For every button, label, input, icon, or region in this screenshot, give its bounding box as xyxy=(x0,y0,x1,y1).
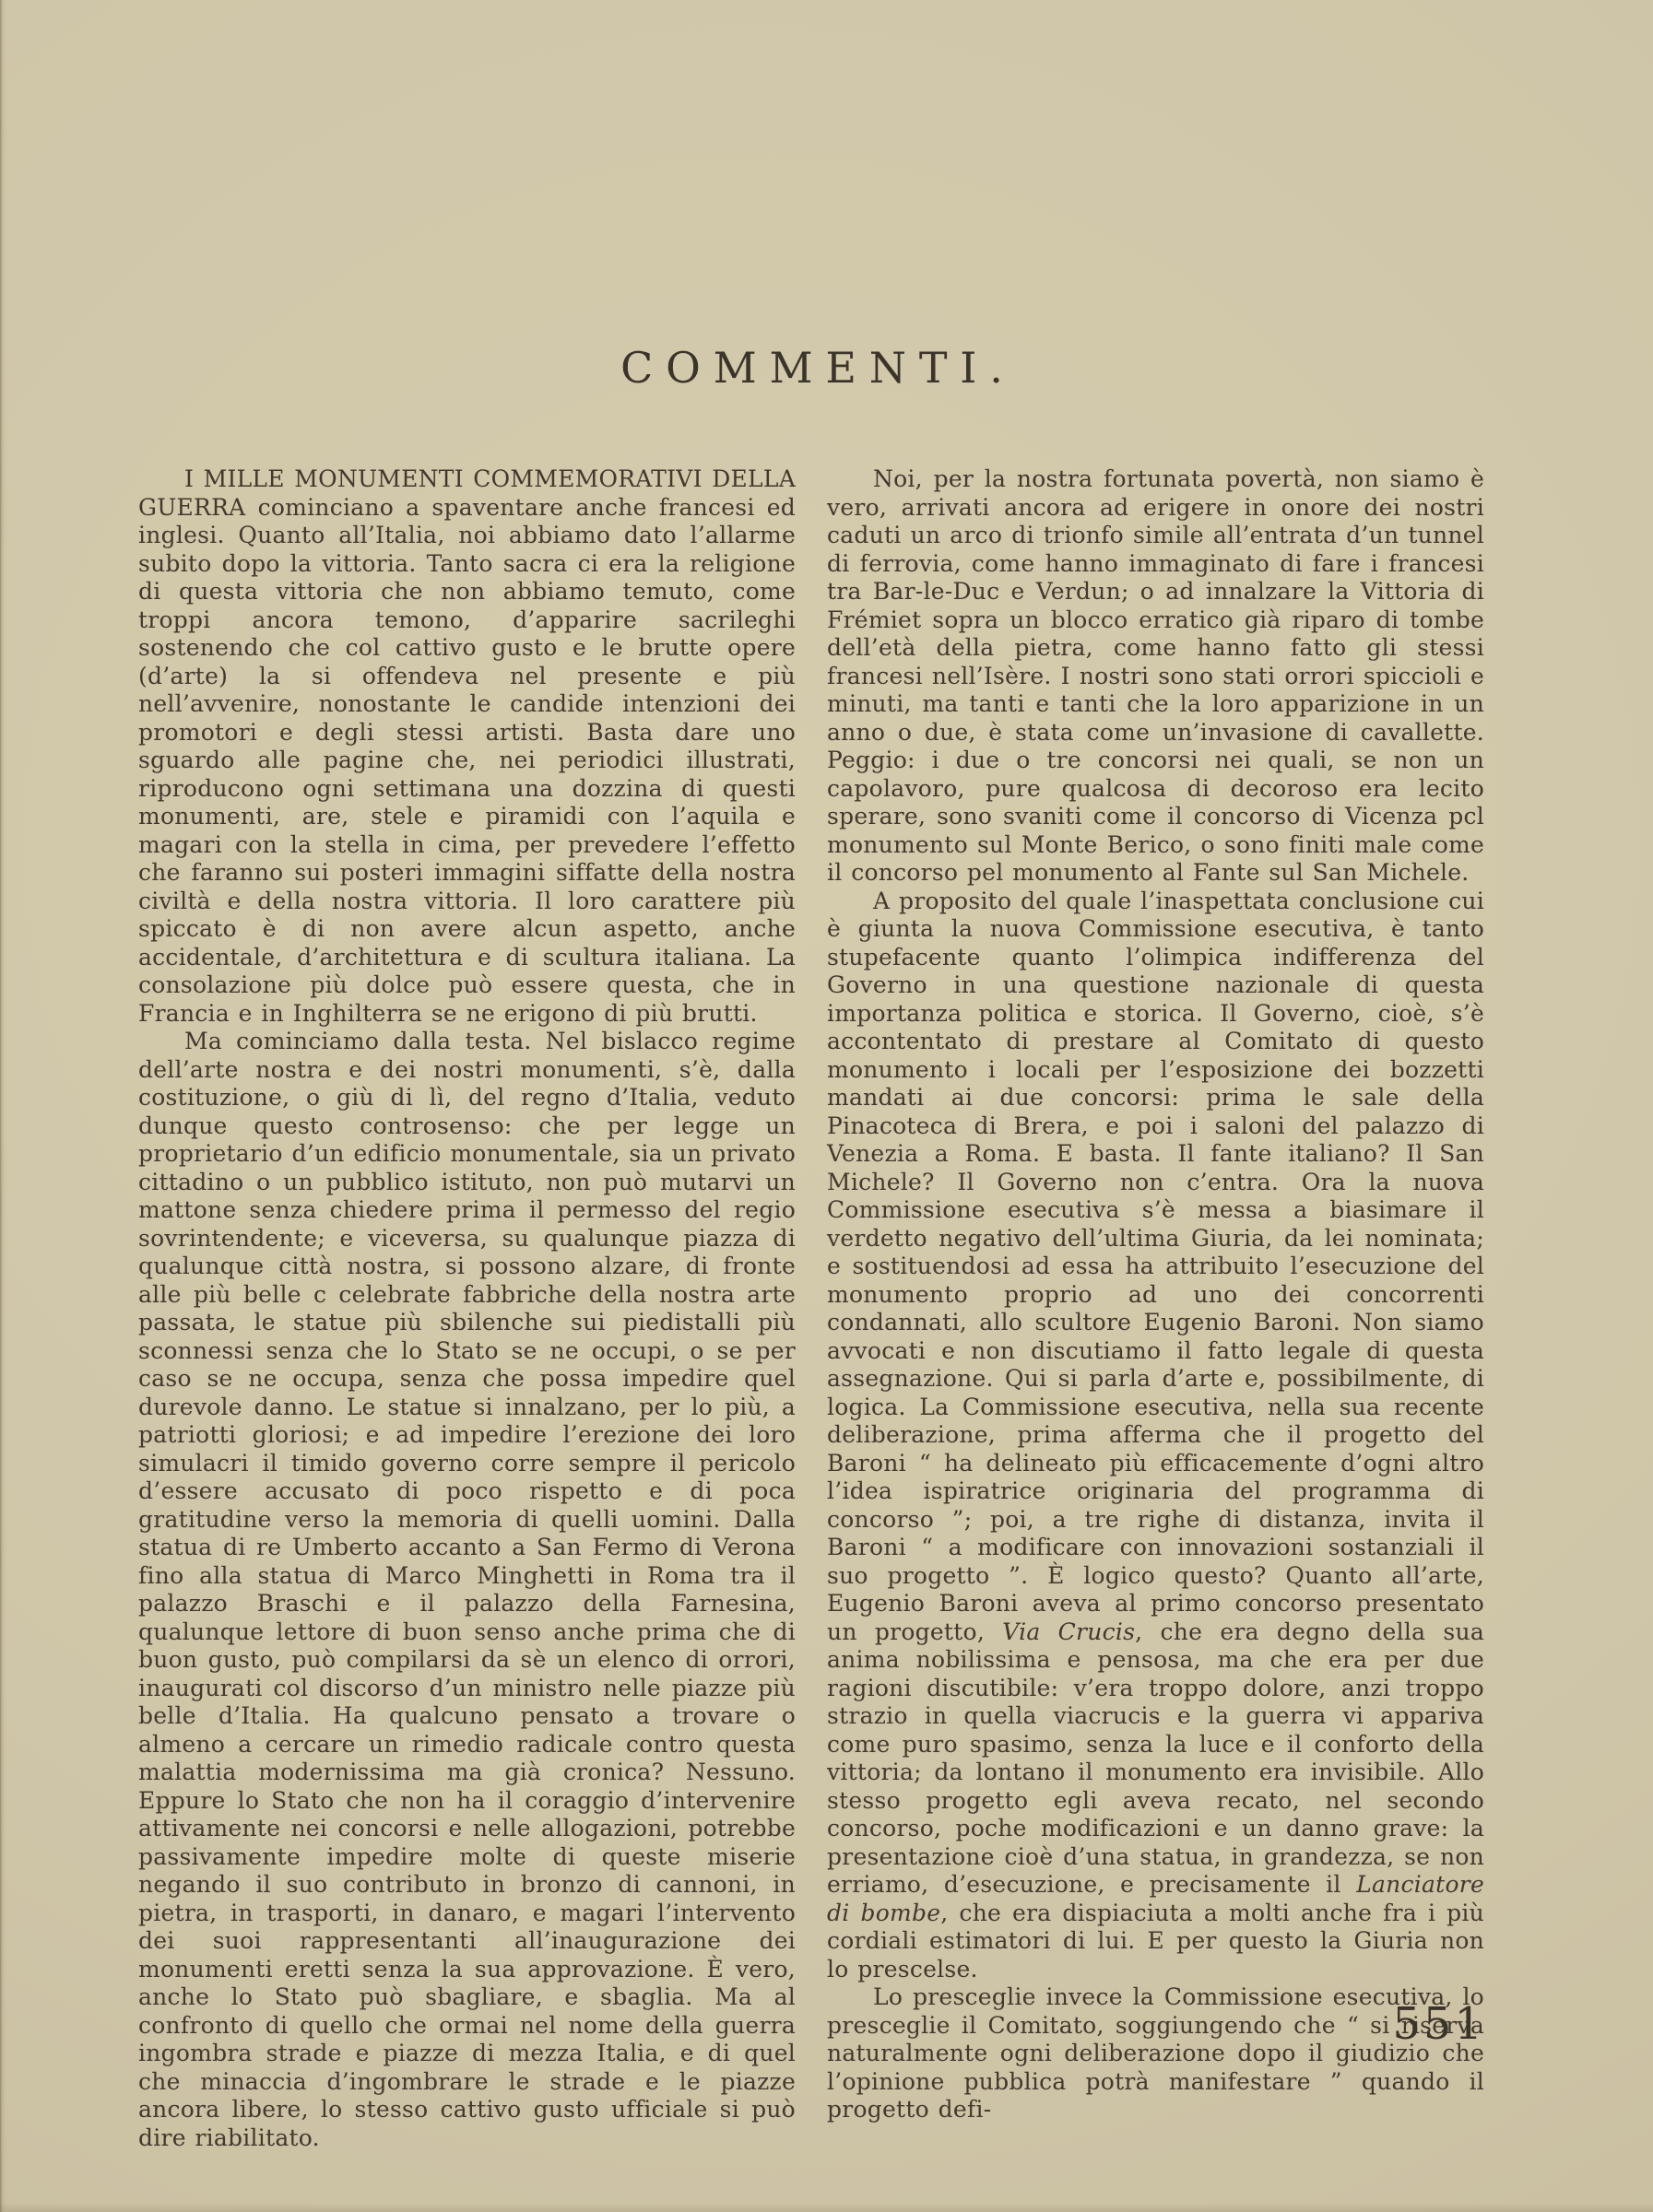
paragraph: A proposito del quale l’inaspettata conc… xyxy=(827,888,1484,1984)
text-columns: I MILLE MONUMENTI COMMEMORATIVI DELLA GU… xyxy=(138,465,1485,2152)
scanned-page: { "page": { "title": "COMMENTI.", "page_… xyxy=(0,0,1653,2212)
paragraph: Noi, per la nostra fortunata povertà, no… xyxy=(827,465,1484,888)
paragraph: I MILLE MONUMENTI COMMEMORATIVI DELLA GU… xyxy=(138,465,796,1028)
text-column-right: Noi, per la nostra fortunata povertà, no… xyxy=(827,465,1484,2152)
page-title: COMMENTI. xyxy=(138,343,1485,393)
scan-bottom-edge-shadow xyxy=(0,2203,1653,2212)
page-number: 551 xyxy=(138,1998,1485,2050)
paragraph: Ma cominciamo dalla testa. Nel bislacco … xyxy=(138,1028,796,2152)
text-column-left: I MILLE MONUMENTI COMMEMORATIVI DELLA GU… xyxy=(138,465,796,2152)
scan-left-edge-shadow xyxy=(0,0,7,2212)
